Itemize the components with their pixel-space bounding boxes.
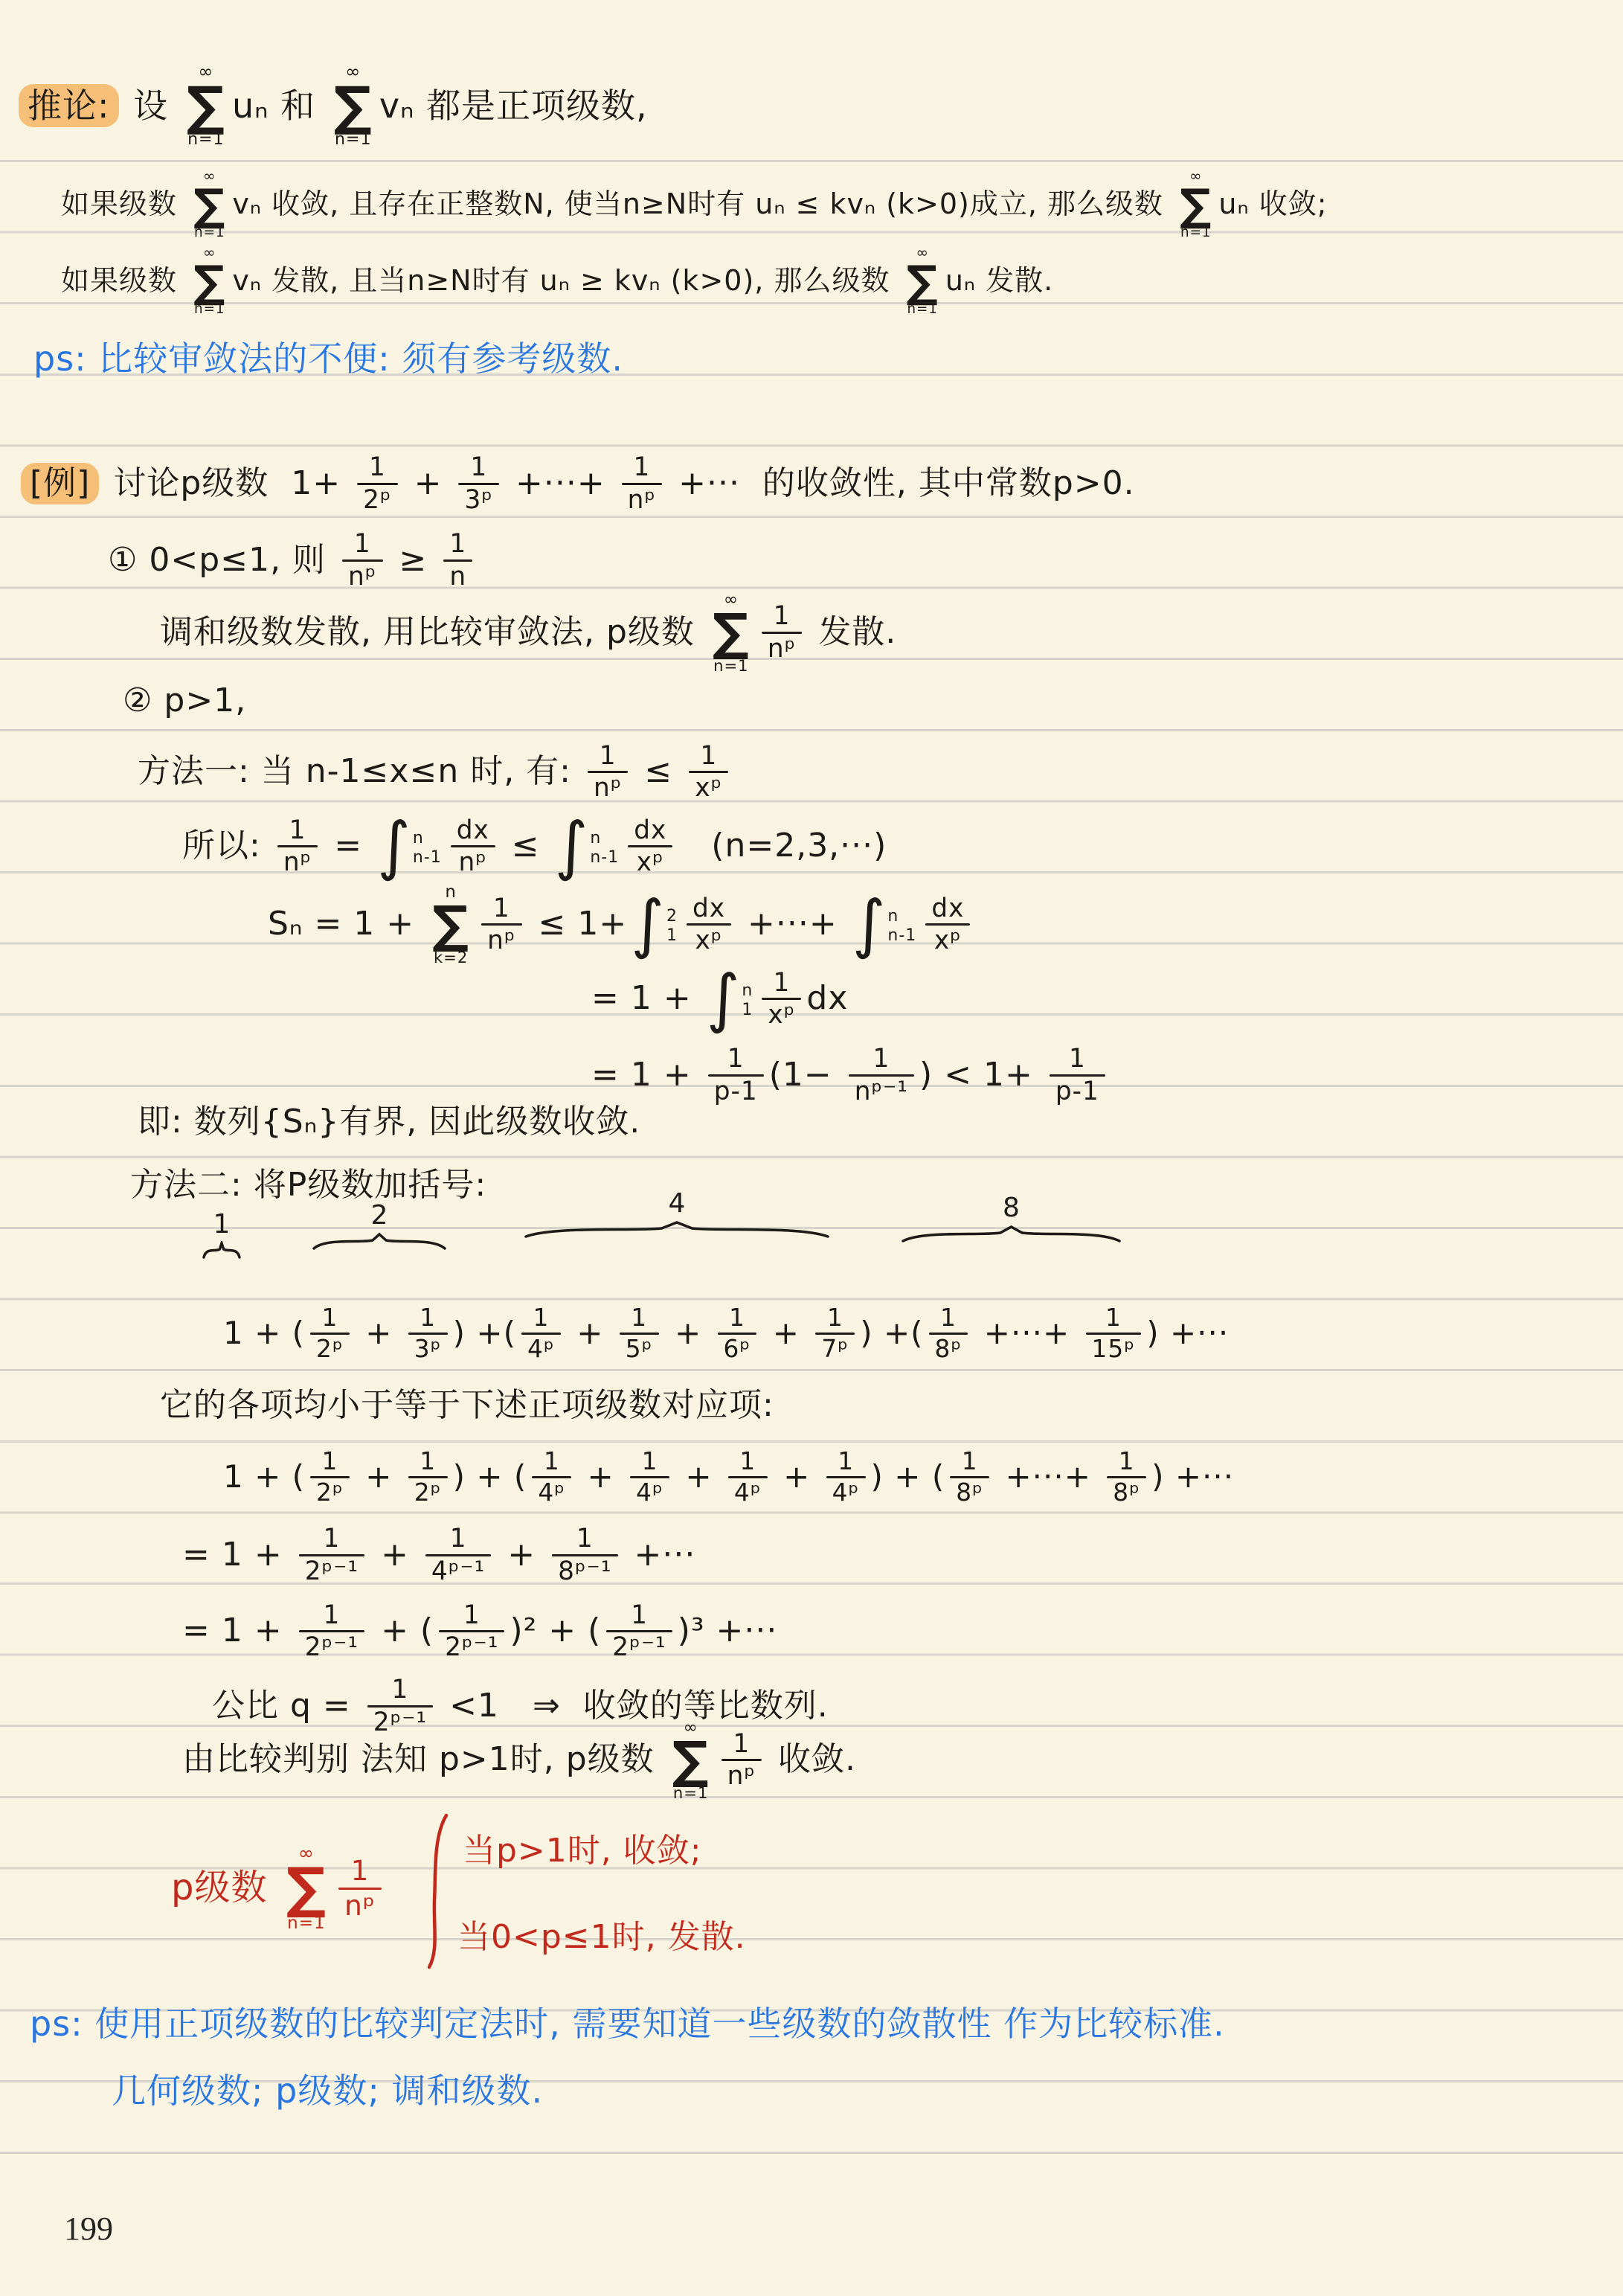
fraction: 1xᵖ	[689, 743, 728, 801]
method1-line: 方法一: 当 n-1≤x≤n 时, 有: 1nᵖ ≤ 1xᵖ	[138, 733, 733, 811]
text-run: uₙ 和	[232, 86, 327, 126]
sigma-sum: ∞∑n=1	[1180, 169, 1212, 240]
fraction: 12ᵖ⁻¹	[606, 1603, 672, 1661]
sigma-symbol: ∑	[334, 83, 373, 130]
sigma-sum: ∞∑n=1	[907, 246, 939, 316]
fraction: 1n	[443, 531, 472, 589]
text-run: Sₙ = 1 +	[268, 905, 425, 943]
text-run: 方法二: 将P级数加括号:	[130, 1167, 486, 1205]
fraction: 1nᵖ	[338, 1857, 382, 1920]
case1-line: ① 0<p≤1, 则 1nᵖ ≥ 1n	[108, 523, 478, 597]
fraction: dxxᵖ	[925, 896, 970, 954]
fraction: 16ᵖ	[718, 1306, 757, 1362]
group-count-label: 8	[1003, 1195, 1020, 1222]
partial-sum-line: Sₙ = 1 + n∑k=21nᵖ ≤ 1+∫21dxxᵖ +···+ ∫nn-…	[268, 882, 975, 967]
sigma-symbol: ∑	[193, 262, 225, 301]
text-run: 讨论p级数 1+	[102, 465, 352, 503]
text-run: +	[762, 1315, 810, 1351]
group-count-label: 4	[669, 1190, 686, 1217]
fraction: 12ᵖ⁻¹	[299, 1526, 364, 1584]
method1-integral-line: 所以: 1nᵖ = ∫nn-1dxnᵖ ≤ ∫nn-1dxxᵖ (n=2,3,·…	[182, 804, 887, 889]
text-run: +	[355, 1459, 403, 1495]
text-run: ≥	[388, 542, 439, 580]
fraction: 14ᵖ	[532, 1449, 571, 1505]
text-run: )³ +···	[678, 1612, 778, 1650]
fraction: 14ᵖ	[630, 1449, 669, 1505]
text-run: uₙ 发散.	[945, 265, 1053, 298]
notebook-page: 推论: 设 ∞∑n=1uₙ 和 ∞∑n=1vₙ 都是正项级数,如果级数 ∞∑n=…	[0, 0, 1623, 2296]
text-run: dx	[806, 980, 848, 1018]
text-run: +···+	[504, 465, 617, 503]
corollary-line: 推论: 设 ∞∑n=1uₙ 和 ∞∑n=1vₙ 都是正项级数,	[19, 61, 648, 150]
corollary-diverge-line: 如果级数 ∞∑n=1vₙ 发散, 且当n≥N时有 uₙ ≥ kvₙ (k>0),…	[61, 242, 1053, 320]
text-run: = 1 +	[182, 1536, 294, 1574]
text-run: uₙ 收敛;	[1218, 188, 1327, 221]
fraction: 17ᵖ	[815, 1306, 855, 1362]
fraction: 18ᵖ	[950, 1449, 989, 1505]
text-run: ) + (	[871, 1459, 945, 1495]
text-run: ps: 比较审敛法的不便: 须有参考级数.	[33, 339, 623, 379]
text-run: = 1 +	[591, 980, 703, 1018]
text-run: vₙ 收敛, 且存在正整数N, 使当n≥N时有 uₙ ≤ kvₙ (k>0)成立…	[232, 188, 1173, 221]
overbrace-group-8: 8	[902, 1195, 1121, 1244]
integral: ∫nn-1	[852, 897, 917, 952]
fraction: 18ᵖ⁻¹	[552, 1526, 617, 1584]
text-run: +	[566, 1315, 614, 1351]
integral: ∫21	[631, 897, 678, 952]
overbrace-curve	[524, 1220, 829, 1240]
text-run: +	[576, 1459, 625, 1495]
text-run: 方法一: 当 n-1≤x≤n 时, 有:	[138, 753, 582, 791]
method2-conclusion-line: 由比较判别 法知 p>1时, p级数 ∞∑n=11nᵖ 收敛.	[182, 1717, 856, 1803]
text-run: ) < 1+	[919, 1056, 1044, 1094]
fraction: 18ᵖ	[1107, 1449, 1146, 1505]
case2-line: ② p>1,	[123, 673, 246, 729]
page-number: 199	[64, 2210, 113, 2248]
fraction: 14ᵖ	[728, 1449, 768, 1505]
fraction: 115ᵖ	[1086, 1306, 1142, 1362]
fraction: 13ᵖ	[408, 1306, 448, 1362]
fraction: 1nᵖ	[588, 743, 628, 801]
text-run: 它的各项均小于等于下述正项级数对应项:	[160, 1387, 774, 1425]
case1-conclusion-line: 调和级数发散, 用比较审敛法, p级数 ∞∑n=11nᵖ 发散.	[160, 591, 896, 673]
text-run: 发散.	[807, 614, 896, 652]
text-run: +··· 的收敛性, 其中常数p>0.	[667, 465, 1135, 503]
majorant-series-line: 1 + (12ᵖ + 12ᵖ) + (14ᵖ + 14ᵖ + 14ᵖ + 14ᵖ…	[223, 1434, 1234, 1520]
text-run: + (	[370, 1612, 434, 1650]
fraction: 12ᵖ	[357, 455, 398, 513]
sigma-symbol: ∑	[713, 610, 750, 655]
overbrace-curve	[312, 1232, 446, 1251]
sigma-symbol: ∑	[187, 83, 225, 130]
fraction: 13ᵖ	[458, 455, 499, 513]
partial-sum-step3-line: = 1 + 1p-1(1− 1nᵖ⁻¹) < 1+ 1p-1	[591, 1034, 1111, 1116]
text-run: +	[675, 1459, 723, 1495]
text-run: ) +···	[1151, 1459, 1234, 1495]
text-run: +	[496, 1536, 547, 1574]
text-run: ) +(	[860, 1315, 923, 1351]
text-run: 当p>1时, 收敛;	[463, 1832, 702, 1870]
overbrace-group-2: 2	[312, 1202, 446, 1251]
example-title-line: [例] 讨论p级数 1+ 12ᵖ + 13ᵖ +···+ 1nᵖ +··· 的收…	[21, 443, 1135, 525]
text-run: )² + (	[510, 1612, 601, 1650]
text-run: ) + (	[453, 1459, 527, 1495]
text-run: 如果级数	[61, 188, 187, 221]
integral: ∫n1	[707, 972, 753, 1026]
text-run: ② p>1,	[123, 682, 246, 720]
text-run: +···+	[994, 1459, 1102, 1495]
case-brace	[422, 1812, 454, 1970]
p-series-summary-lhs: p级数 ∞∑n=11nᵖ	[171, 1836, 387, 1940]
text-run: 所以:	[182, 827, 272, 865]
sigma-sum: ∞∑n=1	[672, 1719, 710, 1800]
text-run: vₙ 都是正项级数,	[379, 86, 648, 126]
text-run: ① 0<p≤1, 则	[108, 542, 337, 580]
text-run: = 1 +	[591, 1056, 703, 1094]
integral: ∫nn-1	[555, 819, 620, 873]
sigma-sum: n∑k=2	[432, 884, 469, 965]
text-run: 由比较判别 法知 p>1时, p级数	[182, 1741, 666, 1779]
majorant-note-line: 它的各项均小于等于下述正项级数对应项:	[160, 1378, 774, 1434]
fraction: 14ᵖ	[826, 1449, 866, 1505]
fraction: 1nᵖ	[277, 818, 318, 876]
text-run: +···	[623, 1536, 696, 1574]
text-run: 收敛.	[767, 1741, 856, 1779]
text-run: +	[403, 465, 454, 503]
text-run: +···+	[973, 1315, 1080, 1351]
sigma-symbol: ∑	[432, 902, 469, 948]
overbrace-curve	[902, 1225, 1121, 1244]
text-run: 1 + (	[223, 1459, 305, 1495]
reference-series-line: 几何级数; p级数; 调和级数.	[112, 2059, 543, 2123]
text-run: +	[773, 1459, 821, 1495]
text-run: 几何级数; p级数; 调和级数.	[112, 2071, 543, 2111]
integral-symbol: ∫	[377, 819, 411, 873]
sigma-symbol: ∑	[672, 1738, 710, 1783]
geometric-series-line2: = 1 + 12ᵖ⁻¹ + (12ᵖ⁻¹)² + (12ᵖ⁻¹)³ +···	[182, 1588, 777, 1674]
text-run: ≤	[633, 753, 684, 791]
sigma-symbol: ∑	[286, 1864, 327, 1914]
fraction: 1nᵖ⁻¹	[849, 1046, 914, 1104]
fraction: 1p-1	[708, 1046, 764, 1104]
text-run: ≤	[501, 827, 551, 865]
sigma-symbol: ∑	[1180, 185, 1212, 225]
fraction: 14ᵖ	[521, 1306, 561, 1362]
text-run: ≤ 1+	[527, 905, 628, 943]
ps-standards-note: ps: 使用正项级数的比较判定法时, 需要知道一些级数的敛散性 作为比较标准.	[30, 1992, 1225, 2056]
integral-symbol: ∫	[852, 897, 887, 952]
corollary-converge-line: 如果级数 ∞∑n=1vₙ 收敛, 且存在正整数N, 使当n≥N时有 uₙ ≤ k…	[61, 165, 1328, 243]
fraction: 12ᵖ⁻¹	[299, 1603, 364, 1661]
integral-symbol: ∫	[631, 897, 665, 952]
fraction: 1nᵖ	[342, 531, 382, 589]
ps-comparison-note: ps: 比较审敛法的不便: 须有参考级数.	[33, 327, 623, 391]
fraction: 12ᵖ⁻¹	[439, 1603, 504, 1661]
text-run: 当0<p≤1时, 发散.	[457, 1919, 746, 1957]
overbrace-curve	[202, 1241, 241, 1260]
text-run: p级数	[171, 1867, 280, 1908]
fraction: 1p-1	[1050, 1046, 1105, 1104]
text-run: (n=2,3,···)	[678, 827, 887, 865]
text-run: 即: 数列{Sₙ}有界, 因此级数收敛.	[138, 1103, 640, 1141]
geometric-series-line1: = 1 + 12ᵖ⁻¹ + 14ᵖ⁻¹ + 18ᵖ⁻¹ +···	[182, 1514, 695, 1596]
sigma-sum: ∞∑n=1	[334, 63, 373, 148]
text-run: +	[355, 1315, 403, 1351]
bounded-conclusion-line: 即: 数列{Sₙ}有界, 因此级数收敛.	[138, 1092, 640, 1152]
fraction: 12ᵖ	[310, 1306, 350, 1362]
text-run: =	[323, 827, 373, 865]
fraction: 18ᵖ	[929, 1306, 968, 1362]
fraction: dxxᵖ	[628, 818, 672, 876]
text-run: vₙ 发散, 且当n≥N时有 uₙ ≥ kvₙ (k>0), 那么级数	[232, 265, 899, 298]
sigma-symbol: ∑	[907, 262, 939, 301]
fraction: 12ᵖ	[310, 1449, 350, 1505]
group-count-label: 1	[213, 1211, 231, 1238]
sigma-sum: ∞∑n=1	[193, 246, 225, 316]
sigma-sum: ∞∑n=1	[187, 63, 225, 148]
highlighted-label: 推论:	[19, 84, 119, 128]
fraction: 1nᵖ	[481, 896, 521, 954]
highlighted-label: [例]	[21, 463, 99, 505]
text-run: (1−	[769, 1056, 843, 1094]
sigma-sum: ∞∑n=1	[286, 1844, 327, 1933]
integral-symbol: ∫	[707, 972, 741, 1026]
summary-case-diverge: 当0<p≤1时, 发散.	[457, 1906, 746, 1969]
sigma-symbol: ∑	[193, 185, 225, 225]
overbrace-group-4: 4	[524, 1190, 829, 1240]
text-run: ps: 使用正项级数的比较判定法时, 需要知道一些级数的敛散性 作为比较标准.	[30, 2004, 1225, 2044]
fraction: dxnᵖ	[451, 818, 495, 876]
text-run: 调和级数发散, 用比较审敛法, p级数	[160, 614, 706, 652]
sigma-sum: ∞∑n=1	[713, 591, 750, 673]
fraction: 1nᵖ	[762, 603, 802, 661]
overbrace-group-1: 1	[202, 1211, 241, 1260]
fraction: 14ᵖ⁻¹	[425, 1526, 491, 1584]
integral: ∫nn-1	[377, 819, 442, 873]
text-run: 设	[122, 86, 180, 126]
text-run: +	[370, 1536, 420, 1574]
partial-sum-step2-line: = 1 + ∫n11xᵖdx	[591, 956, 848, 1042]
text-run: = 1 +	[182, 1612, 294, 1650]
fraction: 1xᵖ	[762, 970, 801, 1028]
group-count-label: 2	[371, 1202, 388, 1229]
fraction: 1nᵖ	[721, 1731, 762, 1789]
sigma-sum: ∞∑n=1	[193, 169, 225, 240]
fraction: 15ᵖ	[620, 1306, 659, 1362]
text-run: ) +(	[453, 1315, 516, 1351]
fraction: 1nᵖ	[622, 455, 662, 513]
text-run: +···+	[736, 905, 849, 943]
fraction: dxxᵖ	[687, 896, 731, 954]
integral-symbol: ∫	[555, 819, 589, 873]
fraction: 12ᵖ	[408, 1449, 448, 1505]
summary-case-converge: 当p>1时, 收敛;	[463, 1821, 702, 1881]
grouped-series-line: 1 + (12ᵖ + 13ᵖ) +(14ᵖ + 15ᵖ + 16ᵖ + 17ᵖ)…	[223, 1291, 1229, 1376]
text-run: 如果级数	[61, 265, 187, 298]
text-run: ) +···	[1146, 1315, 1229, 1351]
text-run: 1 + (	[223, 1315, 305, 1351]
text-run: +	[664, 1315, 713, 1351]
